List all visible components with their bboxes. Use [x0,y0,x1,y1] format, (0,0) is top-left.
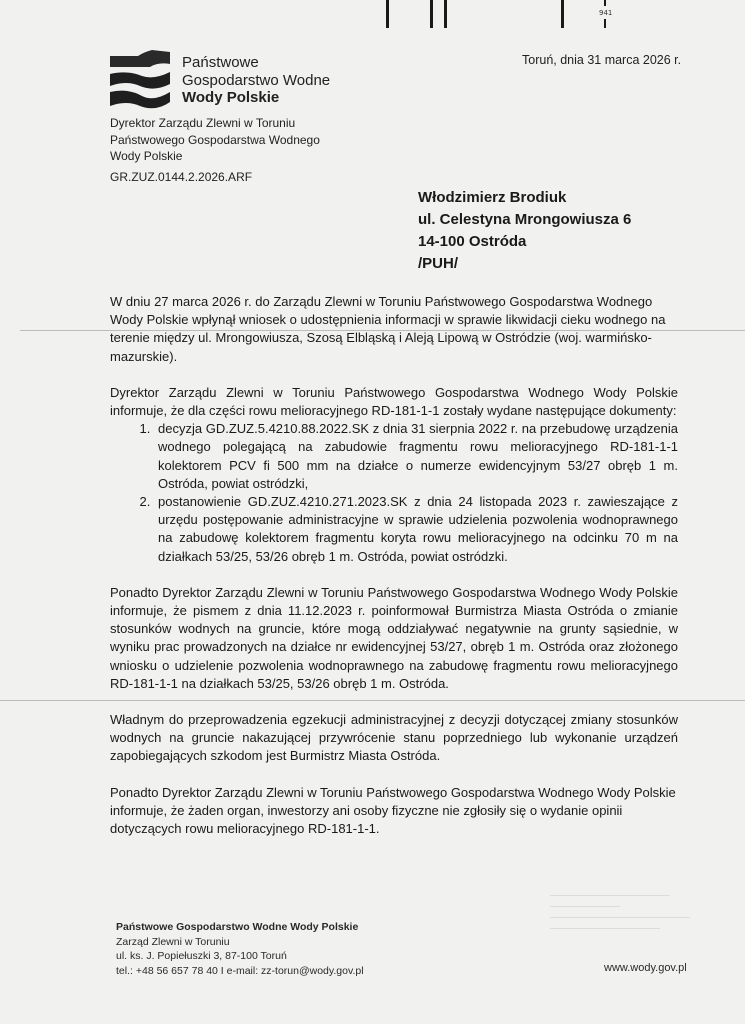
logo-line: Państwowe [182,54,330,72]
recipient-address: Włodzimierz Brodiuk ul. Celestyna Mrongo… [418,187,631,275]
footer-contact: tel.: +48 56 657 78 40 I e-mail: zz-toru… [116,964,364,979]
scan-mark [604,19,606,28]
scan-mark [386,0,389,28]
scan-mark [604,0,606,6]
footer-address: ul. ks. J. Popiełuszki 3, 87-100 Toruń [116,949,364,964]
sender-line: Państwowego Gospodarstwa Wodnego [110,132,320,149]
paragraph: Ponadto Dyrektor Zarządu Zlewni w Toruni… [110,584,678,693]
recipient-name: Włodzimierz Brodiuk [418,187,631,209]
letter-page: 941 Państwowe Gospodarstwo Wodne Wody Po… [0,0,745,1024]
fold-line [20,330,745,331]
scan-mark [561,0,564,28]
footer: Państwowe Gospodarstwo Wodne Wody Polski… [116,920,364,978]
wody-polskie-logo-icon [108,50,172,110]
fold-line [0,700,745,701]
paragraph: Władnym do przeprowadzenia egzekucji adm… [110,711,678,766]
sender-line: Wody Polskie [110,148,320,165]
letter-body: W dniu 27 marca 2026 r. do Zarządu Zlewn… [110,293,678,856]
logo-wordmark: Państwowe Gospodarstwo Wodne Wody Polski… [182,54,330,107]
logo-line: Gospodarstwo Wodne [182,72,330,90]
sender-block: Dyrektor Zarządu Zlewni w Toruniu Państw… [110,115,320,185]
footer-unit: Zarząd Zlewni w Toruniu [116,935,364,950]
footer-org: Państwowe Gospodarstwo Wodne Wody Polski… [116,920,364,935]
paragraph: Ponadto Dyrektor Zarządu Zlewni w Toruni… [110,784,678,839]
bleed-through [550,895,700,939]
reference-number: GR.ZUZ.0144.2.2026.ARF [110,169,320,186]
paragraph: Dyrektor Zarządu Zlewni w Toruniu Państw… [110,384,678,420]
list-item: postanowienie GD.ZUZ.4210.271.2023.SK z … [154,493,678,566]
scan-mark [444,0,447,28]
recipient-city: 14-100 Ostróda [418,231,631,253]
footer-website: www.wody.gov.pl [604,962,687,974]
sender-line: Dyrektor Zarządu Zlewni w Toruniu [110,115,320,132]
list-item: decyzja GD.ZUZ.5.4210.88.2022.SK z dnia … [154,420,678,493]
logo-line: Wody Polskie [182,89,330,107]
document-list: decyzja GD.ZUZ.5.4210.88.2022.SK z dnia … [110,420,678,566]
place-date: Toruń, dnia 31 marca 2026 r. [522,53,681,67]
recipient-street: ul. Celestyna Mrongowiusza 6 [418,209,631,231]
scan-mark [430,0,433,28]
recipient-note: /PUH/ [418,253,631,275]
scan-page-number: 941 [599,9,612,17]
